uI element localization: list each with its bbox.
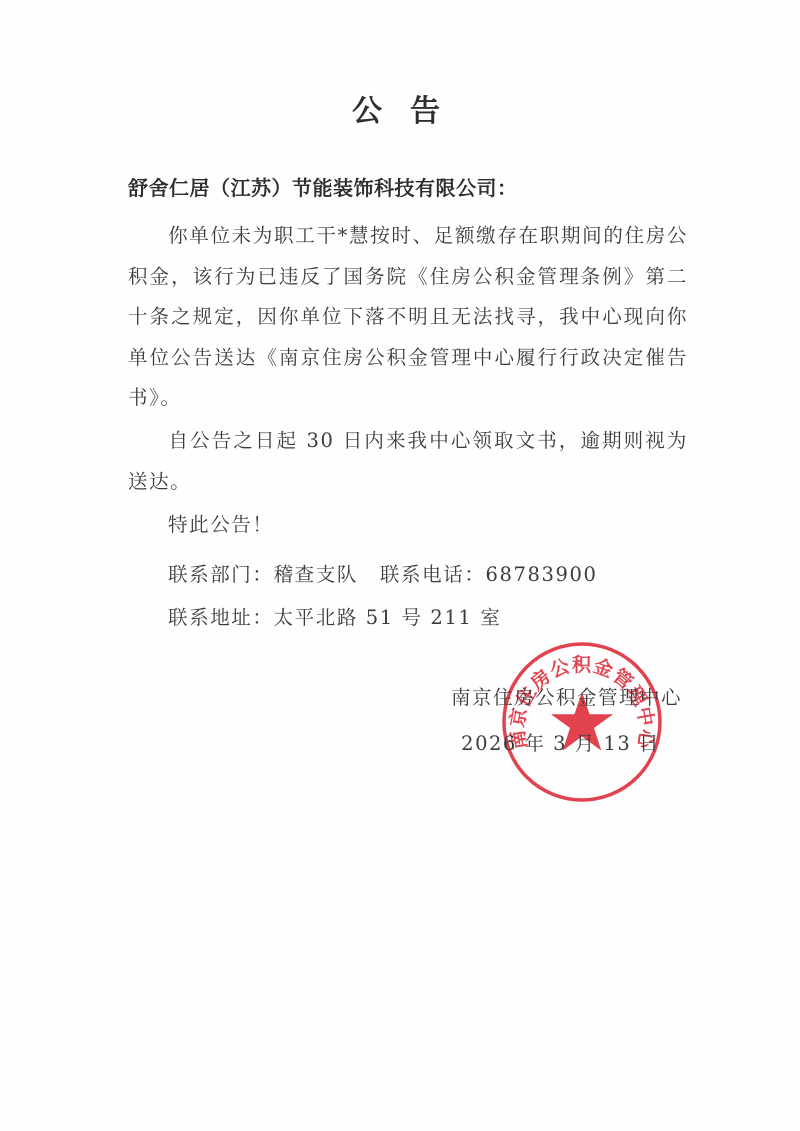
signature-date: 2026 年 3 月 13 日 xyxy=(461,724,660,764)
address-value: 太平北路 51 号 211 室 xyxy=(274,606,502,629)
notice-paragraph-1-text: 你单位未为职工干*慧按时、足额缴存在职期间的住房公积金，该行为已违反了国务院《住… xyxy=(128,224,688,409)
signature-organization: 南京住房公积金管理中心 xyxy=(451,678,682,718)
notice-paragraph-2-text: 自公告之日起 30 日内来我中心领取文书，逾期则视为送达。 xyxy=(128,429,688,493)
address-label: 联系地址： xyxy=(168,606,274,629)
document-page: 公告 舒舍仁居（江苏）节能装饰科技有限公司： 你单位未为职工干*慧按时、足额缴存… xyxy=(0,0,800,1131)
closing-statement: 特此公告！ xyxy=(168,505,274,545)
dept-value: 稽查支队 xyxy=(274,563,358,586)
dept-label: 联系部门： xyxy=(168,563,274,586)
contact-line-address: 联系地址：太平北路 51 号 211 室 xyxy=(168,598,501,638)
phone-value: 68783900 xyxy=(485,563,597,586)
addressee: 舒舍仁居（江苏）节能装饰科技有限公司： xyxy=(128,172,518,204)
contact-line-dept-phone: 联系部门：稽查支队联系电话：68783900 xyxy=(168,555,598,595)
phone-label: 联系电话： xyxy=(380,563,486,586)
official-seal-icon: 南京住房公积金管理中心 xyxy=(500,640,664,804)
document-title: 公告 xyxy=(0,92,800,132)
notice-paragraph-2: 自公告之日起 30 日内来我中心领取文书，逾期则视为送达。 xyxy=(128,421,688,502)
notice-paragraph-1: 你单位未为职工干*慧按时、足额缴存在职期间的住房公积金，该行为已违反了国务院《住… xyxy=(128,216,688,419)
